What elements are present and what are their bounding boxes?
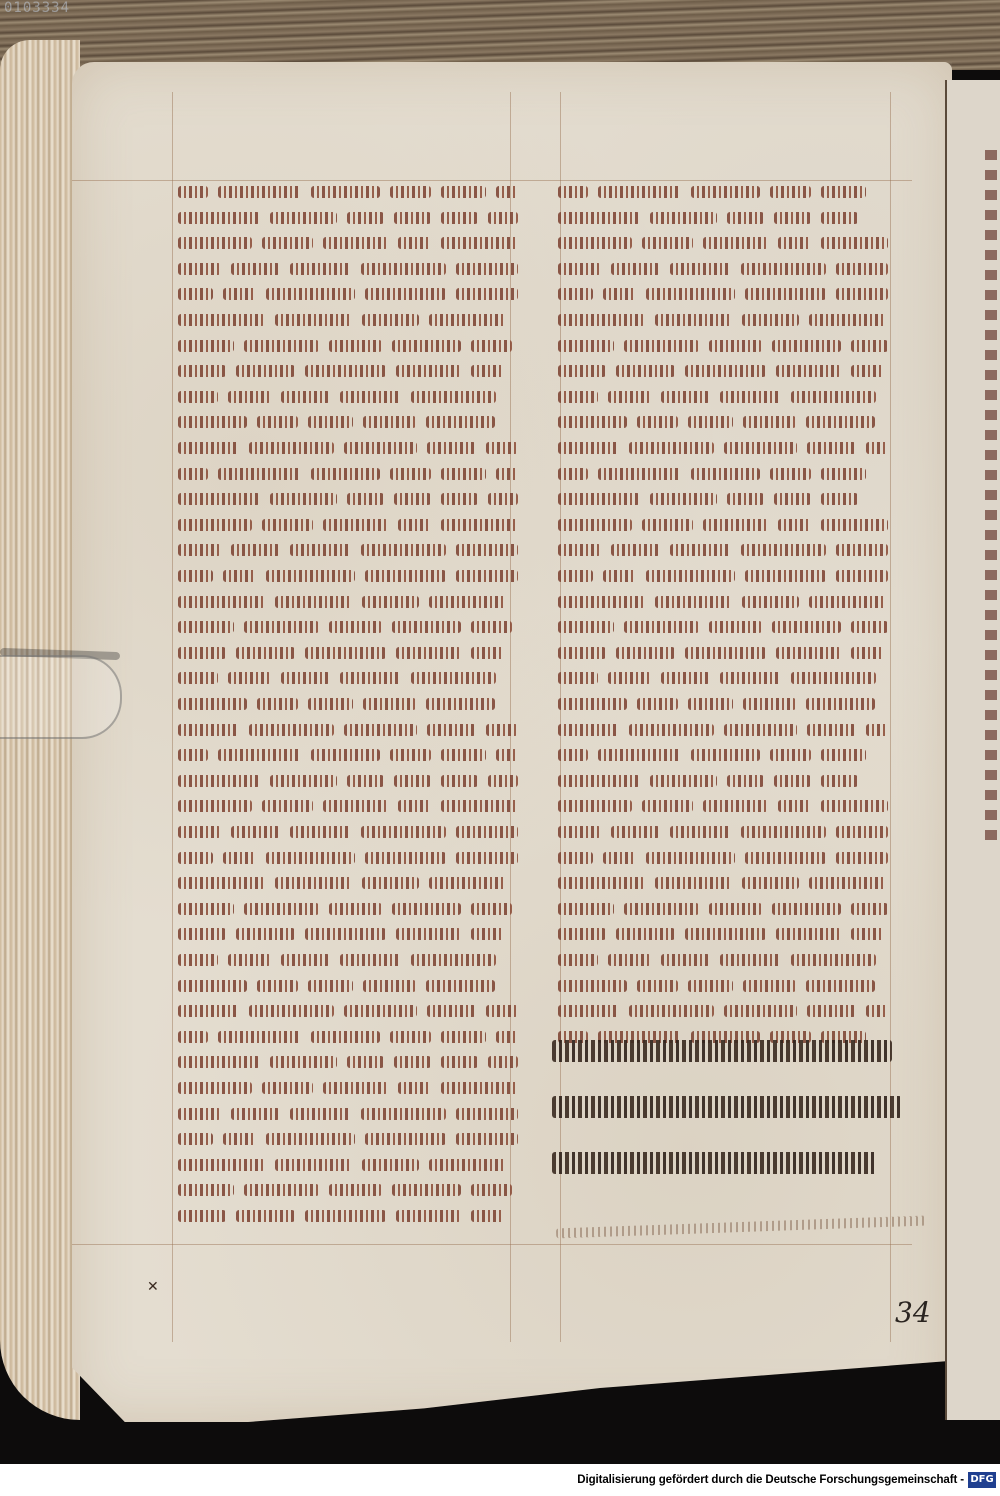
text-line [558,895,888,917]
funding-credit: Digitalisierung gefördert durch die Deut… [577,1474,964,1486]
text-line [178,1176,518,1198]
text-line [558,997,888,1019]
text-line [558,332,888,354]
text-line [178,690,518,712]
text-line [178,741,518,763]
text-column-right [558,178,888,1018]
text-line [558,434,888,456]
text-column-left [178,178,518,1238]
text-line [178,1048,518,1070]
text-line [558,306,888,328]
text-line [178,562,518,584]
text-line [178,818,518,840]
text-line [178,357,518,379]
text-line [178,306,518,328]
text-line [178,844,518,866]
text-line [178,639,518,661]
text-line [178,1100,518,1122]
bottom-rule [72,1244,912,1245]
text-line [178,332,518,354]
text-line [178,664,518,686]
text-line [178,767,518,789]
text-line [178,588,518,610]
text-line [558,178,888,200]
text-line [558,664,888,686]
text-line [178,1074,518,1096]
text-line [178,869,518,891]
left-column-rule [172,92,173,1342]
text-line [178,895,518,917]
text-line [558,741,888,763]
text-line [178,383,518,405]
text-line [178,408,518,430]
text-line [558,511,888,533]
page-clip [0,655,122,739]
text-line [178,280,518,302]
text-line [558,869,888,891]
text-line [558,792,888,814]
text-line [558,536,888,558]
text-line [558,920,888,942]
manuscript-scan: 0103334 ✕ 34 [0,0,1000,1464]
text-line [558,408,888,430]
text-line [558,485,888,507]
text-line [558,255,888,277]
text-line [558,383,888,405]
text-line [558,972,888,994]
text-line [178,460,518,482]
text-line [178,792,518,814]
adjacent-page-text [985,150,997,850]
text-line [558,818,888,840]
footer: Digitalisierung gefördert durch die Deut… [0,1464,1000,1496]
text-line [558,229,888,251]
text-line [558,639,888,661]
text-line [178,1023,518,1045]
text-line [558,204,888,226]
text-line [558,460,888,482]
text-line [178,613,518,635]
text-line [178,920,518,942]
text-line [178,511,518,533]
text-line [558,562,888,584]
text-line [178,716,518,738]
text-line [558,613,888,635]
text-line [178,946,518,968]
dfg-logo: DFG [968,1472,996,1488]
text-line [558,588,888,610]
text-line [178,204,518,226]
text-line [178,536,518,558]
text-line [178,1151,518,1173]
margin-mark: ✕ [147,1278,159,1295]
text-line [178,434,518,456]
accession-stamp: 0103334 [4,0,70,16]
text-line [178,255,518,277]
text-line [558,767,888,789]
text-line [558,946,888,968]
text-line [178,485,518,507]
book-top-edge [0,0,1000,70]
text-line [178,1202,518,1224]
text-line [558,690,888,712]
text-line [178,229,518,251]
explicit-block [552,1036,912,1236]
text-line [178,997,518,1019]
text-line [178,178,518,200]
text-line [558,844,888,866]
text-line [178,1125,518,1147]
text-line [558,716,888,738]
text-line [558,357,888,379]
folio-number: 34 [895,1296,931,1329]
text-line [178,972,518,994]
text-line [558,280,888,302]
